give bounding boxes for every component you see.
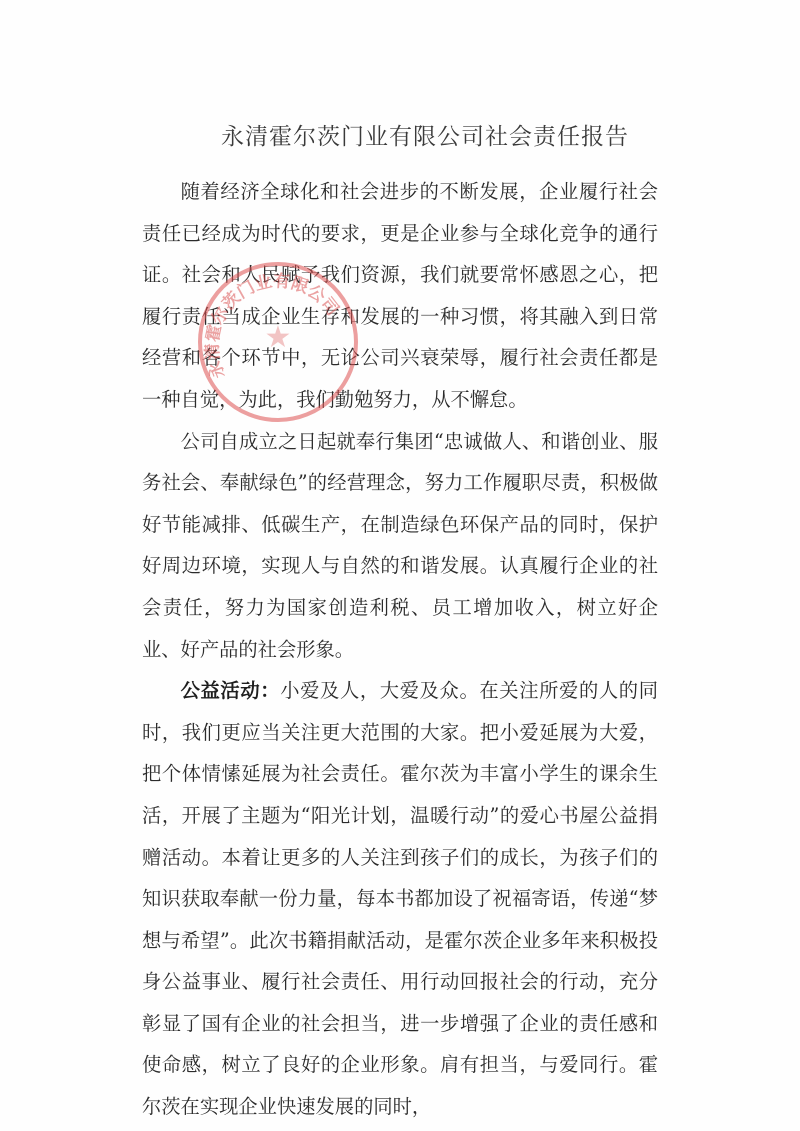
paragraph-philosophy: 公司自成立之日起就奉行集团“忠诚做人、和谐创业、服务社会、奉献绿色”的经营理念，…	[142, 421, 658, 671]
paragraph-public-welfare: 公益活动：小爱及人，大爱及众。在关注所爱的人的同时，我们更应当关注更大范围的大家…	[142, 670, 658, 1128]
paragraph-text: 随着经济全球化和社会进步的不断发展，企业履行社会责任已经成为时代的要求，更是企业…	[142, 180, 658, 411]
paragraph-intro: 随着经济全球化和社会进步的不断发展，企业履行社会责任已经成为时代的要求，更是企业…	[142, 171, 658, 421]
paragraph-text: 公司自成立之日起就奉行集团“忠诚做人、和谐创业、服务社会、奉献绿色”的经营理念，…	[142, 430, 658, 661]
document-title: 永清霍尔茨门业有限公司社会责任报告	[0, 118, 800, 151]
document-page: 永清霍尔茨门业有限公司社会责任报告 随着经济全球化和社会进步的不断发展，企业履行…	[0, 0, 800, 1131]
paragraph-lead: 公益活动：	[181, 679, 281, 702]
document-body: 随着经济全球化和社会进步的不断发展，企业履行社会责任已经成为时代的要求，更是企业…	[142, 171, 658, 1128]
paragraph-text: 小爱及人，大爱及众。在关注所爱的人的同时，我们更应当关注更大范围的大家。把小爱延…	[142, 679, 658, 1118]
